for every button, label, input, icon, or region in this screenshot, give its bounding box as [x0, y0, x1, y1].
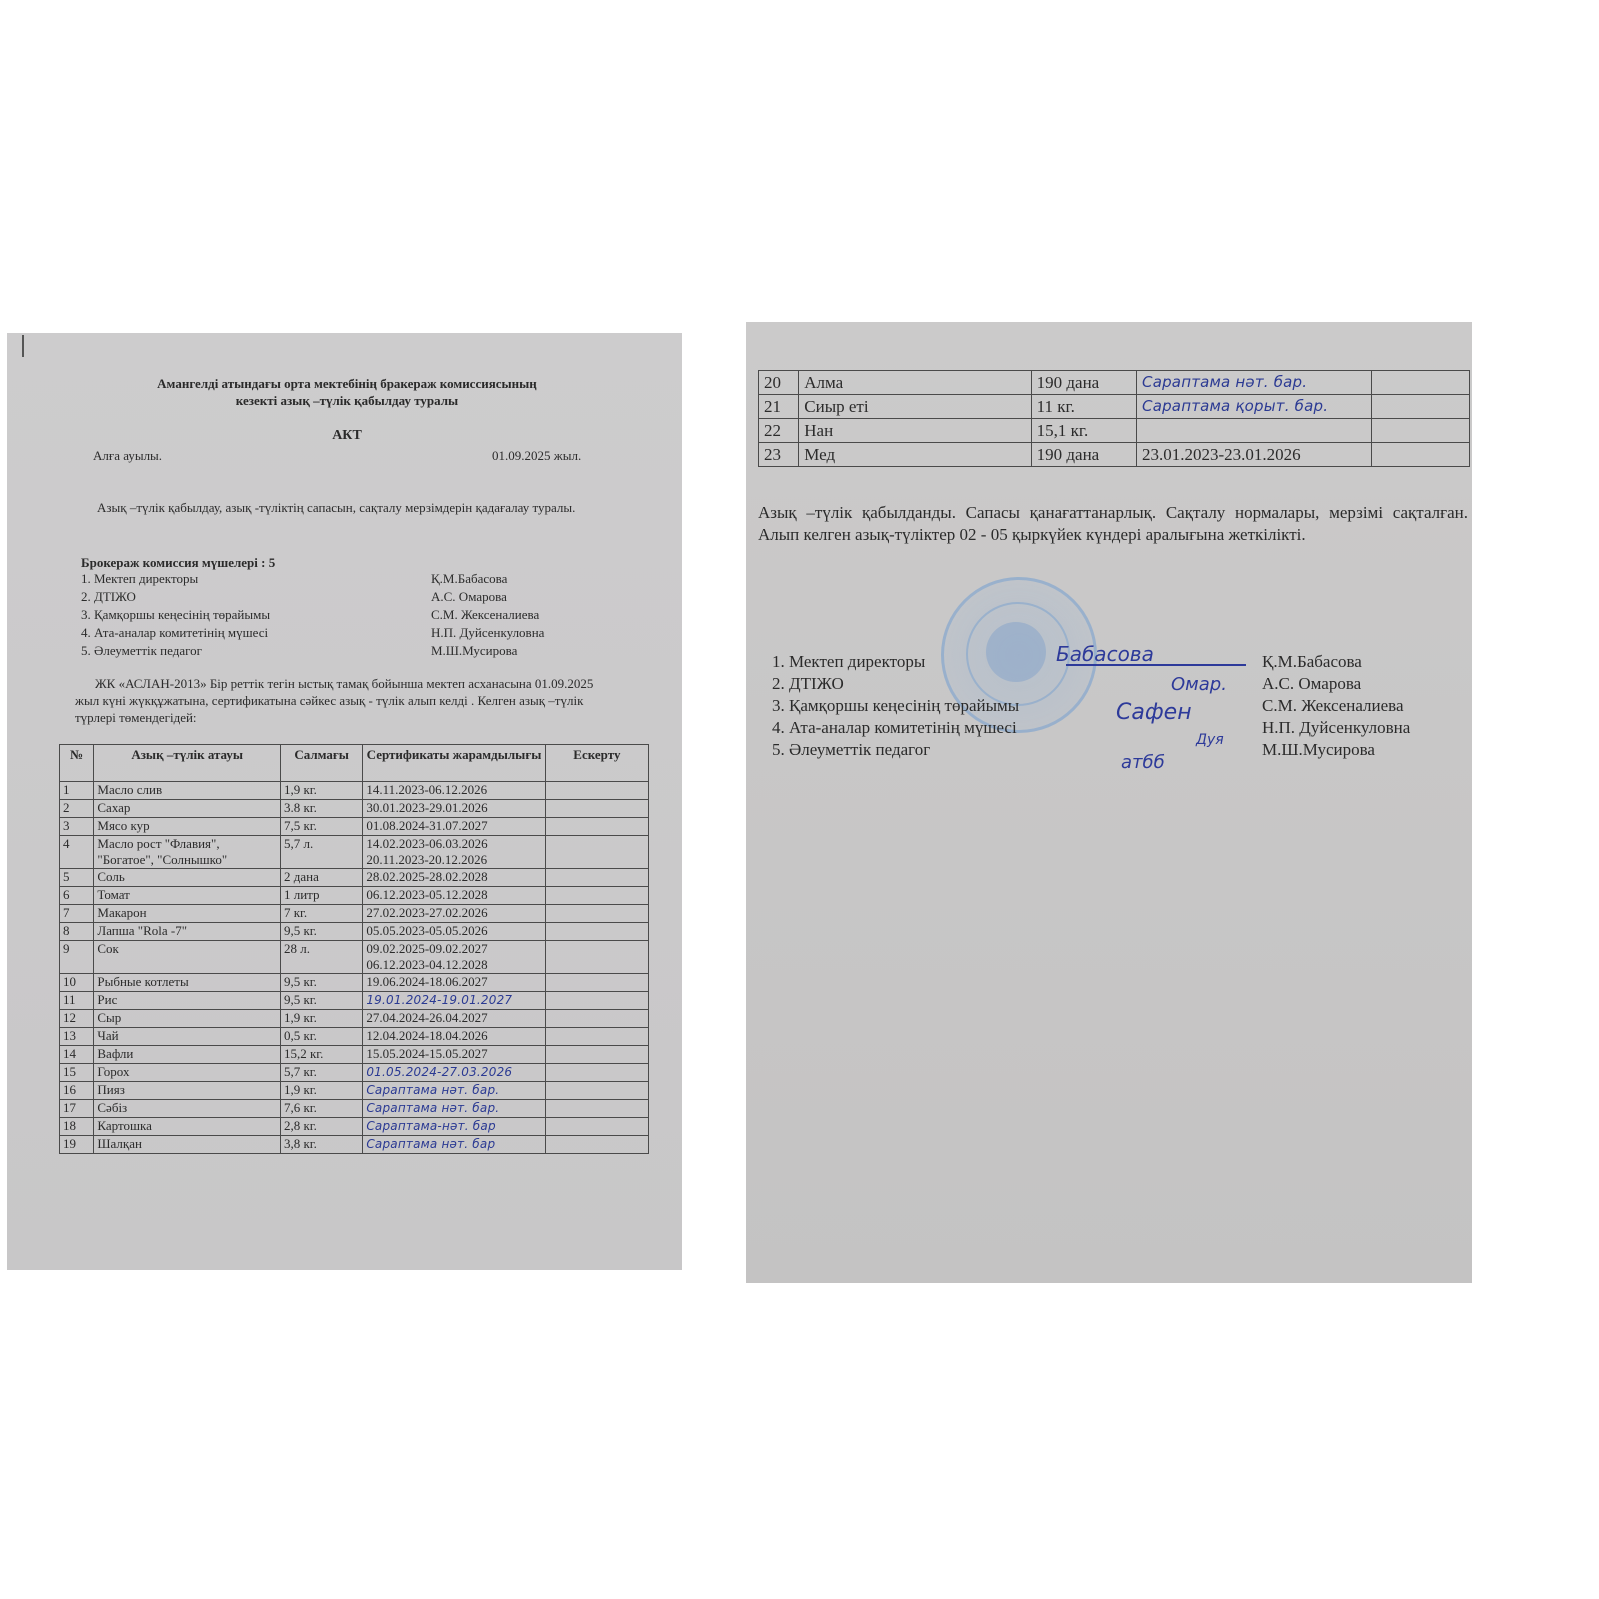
cell-note: [545, 923, 648, 941]
table-row: 13Чай0,5 кг.12.04.2024-18.04.2026: [60, 1028, 649, 1046]
cell-product-name: Пияз: [94, 1082, 281, 1100]
table-row: 11Рис9,5 кг.19.01.2024-19.01.2027: [60, 992, 649, 1010]
table-row: 12Сыр1,9 кг.27.04.2024-26.04.2027: [60, 1010, 649, 1028]
cell-certificate: Сараптама нәт. бар: [363, 1136, 545, 1154]
cell-product-name: Масло слив: [94, 782, 281, 800]
table-row: 1Масло слив1,9 кг.14.11.2023-06.12.2026: [60, 782, 649, 800]
member-name: Н.П. Дуйсенкуловна: [1262, 718, 1410, 738]
member-name: А.С. Омарова: [1262, 674, 1361, 694]
cell-product-name: Сок: [94, 941, 281, 974]
cell-product-name: Вафли: [94, 1046, 281, 1064]
cell-number: 10: [60, 974, 94, 992]
cell-certificate: 01.08.2024-31.07.2027: [363, 818, 545, 836]
cell-certificate: 27.02.2023-27.02.2026: [363, 905, 545, 923]
cell-note: [1372, 395, 1470, 419]
pen-mark: [22, 335, 24, 357]
cell-certificate: 01.05.2024-27.03.2026: [363, 1064, 545, 1082]
cell-certificate: Сараптама-нәт. бар: [363, 1118, 545, 1136]
cell-note: [545, 992, 648, 1010]
cell-number: 3: [60, 818, 94, 836]
cell-certificate: Сараптама нәт. бар.: [363, 1100, 545, 1118]
cell-weight: 15,2 кг.: [280, 1046, 362, 1064]
document-date: 01.09.2025 жыл.: [492, 448, 581, 464]
title-line-1: Амангелді атындағы орта мектебінің браке…: [67, 375, 627, 392]
cell-number: 2: [60, 800, 94, 818]
cell-weight: 5,7 л.: [280, 836, 362, 869]
table-row: 8Лапша "Rola -7"9,5 кг.05.05.2023-05.05.…: [60, 923, 649, 941]
cell-number: 7: [60, 905, 94, 923]
table-row: 14Вафли15,2 кг.15.05.2024-15.05.2027: [60, 1046, 649, 1064]
cell-product-name: Мясо кур: [94, 818, 281, 836]
cell-number: 15: [60, 1064, 94, 1082]
cell-product-name: Масло рост "Флавия", "Богатое", "Солнышк…: [94, 836, 281, 869]
member-role: 5. Әлеуметтік педагог: [772, 740, 930, 760]
cell-certificate: [1137, 419, 1372, 443]
cell-number: 21: [759, 395, 799, 419]
cell-product-name: Алма: [799, 371, 1031, 395]
commission-members-list: 1. Мектеп директорыҚ.М.Бабасова2. ДТІЖОА…: [81, 571, 581, 661]
cell-number: 19: [60, 1136, 94, 1154]
table-row: 6Томат1 литр06.12.2023-05.12.2028: [60, 887, 649, 905]
cell-weight: 9,5 кг.: [280, 974, 362, 992]
member-name: Н.П. Дуйсенкуловна: [431, 625, 544, 641]
cell-certificate: 15.05.2024-15.05.2027: [363, 1046, 545, 1064]
signature-director: Бабасова: [1056, 642, 1154, 666]
member-role: 2. ДТІЖО: [772, 674, 844, 694]
table-row: 5Соль2 дана28.02.2025-28.02.2028: [60, 869, 649, 887]
member-role: 4. Ата-аналар комитетінің мүшесі: [772, 718, 1017, 738]
member-row: 5. Әлеуметтік педагогМ.Ш.Мусирова: [772, 740, 1462, 762]
cell-certificate: 06.12.2023-05.12.2028: [363, 887, 545, 905]
cell-weight: 3,8 кг.: [280, 1136, 362, 1154]
member-row: 2. ДТІЖОА.С. Омарова: [81, 589, 581, 607]
cell-number: 22: [759, 419, 799, 443]
table-row: 10Рыбные котлеты9,5 кг.19.06.2024-18.06.…: [60, 974, 649, 992]
intro-paragraph: Азық –түлік қабылдау, азық -түліктің сап…: [81, 499, 601, 516]
table-row: 22Нан15,1 кг.: [759, 419, 1470, 443]
member-name: М.Ш.Мусирова: [1262, 740, 1375, 760]
cell-product-name: Сиыр еті: [799, 395, 1031, 419]
cell-weight: 1 литр: [280, 887, 362, 905]
signature-social-pedagogue: атбб: [1121, 752, 1165, 773]
cell-product-name: Мед: [799, 443, 1031, 467]
cell-product-name: Рыбные котлеты: [94, 974, 281, 992]
cell-product-name: Сәбіз: [94, 1100, 281, 1118]
cell-note: [1372, 419, 1470, 443]
cell-certificate: Сараптама қорыт. бар.: [1137, 395, 1372, 419]
table-row: 9Сок28 л.09.02.2025-09.02.2027 06.12.202…: [60, 941, 649, 974]
cell-number: 12: [60, 1010, 94, 1028]
table-header-row: № Азық –түлік атауы Салмағы Сертификаты …: [60, 745, 649, 782]
cell-product-name: Чай: [94, 1028, 281, 1046]
cell-number: 14: [60, 1046, 94, 1064]
table-row: 16Пияз1,9 кг.Сараптама нәт. бар.: [60, 1082, 649, 1100]
table-row: 3Мясо кур7,5 кг.01.08.2024-31.07.2027: [60, 818, 649, 836]
cell-weight: 1,9 кг.: [280, 782, 362, 800]
member-row: 5. Әлеуметтік педагогМ.Ш.Мусирова: [81, 643, 581, 661]
cell-product-name: Рис: [94, 992, 281, 1010]
cell-certificate: 14.11.2023-06.12.2026: [363, 782, 545, 800]
header-certificate: Сертификаты жарамдылығы: [363, 745, 545, 782]
header-number: №: [60, 745, 94, 782]
cell-note: [545, 1064, 648, 1082]
member-role: 2. ДТІЖО: [81, 589, 136, 605]
conclusion-paragraph: Азық –түлік қабылданды. Сапасы қанағатта…: [758, 502, 1468, 546]
cell-note: [1372, 443, 1470, 467]
cell-weight: 5,7 кг.: [280, 1064, 362, 1082]
cell-number: 23: [759, 443, 799, 467]
cell-note: [545, 1010, 648, 1028]
member-name: А.С. Омарова: [431, 589, 507, 605]
member-role: 5. Әлеуметтік педагог: [81, 643, 202, 659]
table-row: 18Картошка2,8 кг.Сараптама-нәт. бар: [60, 1118, 649, 1136]
products-table: № Азық –түлік атауы Салмағы Сертификаты …: [59, 744, 649, 1154]
signature-dtizho: Омар.: [1171, 674, 1227, 695]
member-role: 4. Ата-аналар комитетінің мүшесі: [81, 625, 268, 641]
cell-number: 5: [60, 869, 94, 887]
cell-note: [545, 1136, 648, 1154]
signature-trustee-chair: Сафен: [1116, 700, 1192, 725]
cell-note: [545, 869, 648, 887]
cell-note: [545, 887, 648, 905]
member-row: 4. Ата-аналар комитетінің мүшесіН.П. Дуй…: [81, 625, 581, 643]
member-role: 1. Мектеп директоры: [772, 652, 925, 672]
cell-note: [545, 1046, 648, 1064]
cell-weight: 3.8 кг.: [280, 800, 362, 818]
cell-number: 16: [60, 1082, 94, 1100]
cell-weight: 7,5 кг.: [280, 818, 362, 836]
cell-number: 11: [60, 992, 94, 1010]
cell-certificate: 09.02.2025-09.02.2027 06.12.2023-04.12.2…: [363, 941, 545, 974]
cell-note: [545, 974, 648, 992]
cell-weight: 7 кг.: [280, 905, 362, 923]
commission-title: Брокераж комиссия мүшелері : 5: [81, 555, 275, 571]
cell-weight: 2 дана: [280, 869, 362, 887]
cell-certificate: 23.01.2023-23.01.2026: [1137, 443, 1372, 467]
member-row: 3. Қамқоршы кеңесінің төрайымыС.М. Жексе…: [81, 607, 581, 625]
member-name: М.Ш.Мусирова: [431, 643, 517, 659]
cell-note: [545, 1118, 648, 1136]
cell-weight: 2,8 кг.: [280, 1118, 362, 1136]
cell-number: 1: [60, 782, 94, 800]
document-page-right: 20Алма190 данаСараптама нәт. бар.21Сиыр …: [746, 322, 1472, 1283]
cell-note: [545, 1028, 648, 1046]
cell-product-name: Сахар: [94, 800, 281, 818]
cell-weight: 0,5 кг.: [280, 1028, 362, 1046]
table-row: 23Мед190 дана23.01.2023-23.01.2026: [759, 443, 1470, 467]
cell-certificate: 27.04.2024-26.04.2027: [363, 1010, 545, 1028]
table-row: 21Сиыр еті11 кг.Сараптама қорыт. бар.: [759, 395, 1470, 419]
cell-certificate: 30.01.2023-29.01.2026: [363, 800, 545, 818]
table-row: 19Шалқан3,8 кг.Сараптама нәт. бар: [60, 1136, 649, 1154]
member-role: 1. Мектеп директоры: [81, 571, 198, 587]
cell-number: 6: [60, 887, 94, 905]
header-note: Ескерту: [545, 745, 648, 782]
cell-certificate: 19.01.2024-19.01.2027: [363, 992, 545, 1010]
cell-weight: 15,1 кг.: [1031, 419, 1136, 443]
cell-weight: 9,5 кг.: [280, 923, 362, 941]
member-row: 2. ДТІЖОА.С. Омарова: [772, 674, 1462, 696]
table-row: 4Масло рост "Флавия", "Богатое", "Солныш…: [60, 836, 649, 869]
cell-certificate: 12.04.2024-18.04.2026: [363, 1028, 545, 1046]
signature-parent-committee: Дуя: [1196, 732, 1224, 748]
cell-number: 20: [759, 371, 799, 395]
cell-number: 9: [60, 941, 94, 974]
title-line-2: кезекті азық –түлік қабылдау туралы: [67, 392, 627, 409]
cell-product-name: Горох: [94, 1064, 281, 1082]
member-name: Қ.М.Бабасова: [431, 571, 507, 587]
cell-number: 17: [60, 1100, 94, 1118]
member-role: 3. Қамқоршы кеңесінің төрайымы: [81, 607, 270, 623]
cell-product-name: Картошка: [94, 1118, 281, 1136]
document-title: Амангелді атындағы орта мектебінің браке…: [67, 375, 627, 409]
cell-weight: 190 дана: [1031, 371, 1136, 395]
table-row: 17Сәбіз7,6 кг.Сараптама нәт. бар.: [60, 1100, 649, 1118]
cell-product-name: Сыр: [94, 1010, 281, 1028]
cell-weight: 28 л.: [280, 941, 362, 974]
cell-product-name: Шалқан: [94, 1136, 281, 1154]
cell-number: 18: [60, 1118, 94, 1136]
cell-certificate: Сараптама нәт. бар.: [1137, 371, 1372, 395]
cell-weight: 1,9 кг.: [280, 1010, 362, 1028]
table-row: 2Сахар3.8 кг.30.01.2023-29.01.2026: [60, 800, 649, 818]
cell-note: [1372, 371, 1470, 395]
cell-certificate: 19.06.2024-18.06.2027: [363, 974, 545, 992]
table-row: 20Алма190 данаСараптама нәт. бар.: [759, 371, 1470, 395]
header-product-name: Азық –түлік атауы: [94, 745, 281, 782]
member-name: С.М. Жексеналиева: [431, 607, 539, 623]
member-role: 3. Қамқоршы кеңесінің төрайымы: [772, 696, 1019, 716]
document-page-left: Амангелді атындағы орта мектебінің браке…: [7, 333, 682, 1270]
cell-number: 8: [60, 923, 94, 941]
member-row: 1. Мектеп директорыҚ.М.Бабасова: [81, 571, 581, 589]
cell-product-name: Лапша "Rola -7": [94, 923, 281, 941]
cell-weight: 11 кг.: [1031, 395, 1136, 419]
cell-note: [545, 818, 648, 836]
cell-note: [545, 1100, 648, 1118]
cell-weight: 7,6 кг.: [280, 1100, 362, 1118]
header-weight: Салмағы: [280, 745, 362, 782]
cell-number: 4: [60, 836, 94, 869]
cell-note: [545, 1082, 648, 1100]
cell-weight: 190 дана: [1031, 443, 1136, 467]
act-label: АКТ: [67, 428, 627, 444]
cell-certificate: 14.02.2023-06.03.2026 20.11.2023-20.12.2…: [363, 836, 545, 869]
cell-note: [545, 905, 648, 923]
cell-note: [545, 836, 648, 869]
cell-note: [545, 800, 648, 818]
cell-weight: 9,5 кг.: [280, 992, 362, 1010]
products-table-continued: 20Алма190 данаСараптама нәт. бар.21Сиыр …: [758, 370, 1470, 467]
cell-certificate: 28.02.2025-28.02.2028: [363, 869, 545, 887]
cell-product-name: Макарон: [94, 905, 281, 923]
cell-weight: 1,9 кг.: [280, 1082, 362, 1100]
cell-note: [545, 782, 648, 800]
table-row: 15Горох5,7 кг.01.05.2024-27.03.2026: [60, 1064, 649, 1082]
cell-certificate: Сараптама нәт. бар.: [363, 1082, 545, 1100]
member-name: Қ.М.Бабасова: [1262, 652, 1362, 672]
cell-product-name: Томат: [94, 887, 281, 905]
member-name: С.М. Жексеналиева: [1262, 696, 1404, 716]
table-row: 7Макарон7 кг.27.02.2023-27.02.2026: [60, 905, 649, 923]
cell-product-name: Нан: [799, 419, 1031, 443]
cell-product-name: Соль: [94, 869, 281, 887]
cell-certificate: 05.05.2023-05.05.2026: [363, 923, 545, 941]
cell-note: [545, 941, 648, 974]
supply-paragraph: ЖК «АСЛАН-2013» Бір реттік тегін ыстық т…: [75, 675, 605, 726]
place-label: Алға ауылы.: [93, 448, 162, 464]
cell-number: 13: [60, 1028, 94, 1046]
